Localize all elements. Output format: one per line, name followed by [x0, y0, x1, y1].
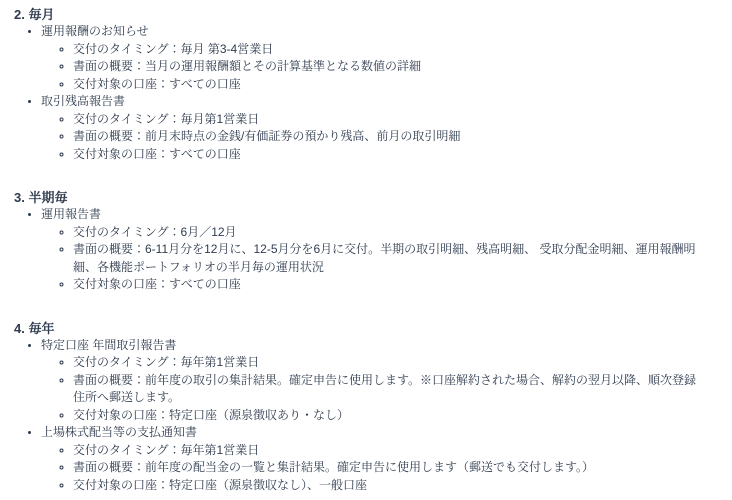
document-body: 2. 毎月 運用報酬のお知らせ 交付のタイミング：毎月 第3-4営業日 書面の概… [14, 7, 706, 494]
document-item: 取引残高報告書 交付のタイミング：毎月第1営業日 書面の概要：前月末時点の金銭/… [41, 93, 706, 163]
document-details: 交付のタイミング：毎月 第3-4営業日 書面の概要：当月の運用報酬額とその計算基… [41, 41, 706, 94]
detail-line: 交付対象の口座：特定口座（源泉徴収なし）、一般口座 [73, 477, 706, 495]
section-heading: 4. 毎年 [14, 321, 706, 337]
section-heading: 2. 毎月 [14, 7, 706, 23]
document-details: 交付のタイミング：毎月第1営業日 書面の概要：前月末時点の金銭/有価証券の預かり… [41, 111, 706, 164]
detail-line: 書面の概要：前年度の配当金の一覧と集計結果。確定申告に使用します（郵送でも交付し… [73, 459, 706, 477]
document-details: 交付のタイミング：毎年第1営業日 書面の概要：前年度の配当金の一覧と集計結果。確… [41, 442, 706, 495]
detail-line: 書面の概要：6-11月分を12月に、12-5月分を6月に交付。半期の取引明細、残… [73, 241, 706, 276]
document-title: 運用報告書 [41, 207, 101, 221]
detail-line: 書面の概要：前月末時点の金銭/有価証券の預かり残高、前月の取引明細 [73, 128, 706, 146]
section-heading: 3. 半期毎 [14, 190, 706, 206]
detail-line: 交付対象の口座：すべての口座 [73, 276, 706, 294]
document-details: 交付のタイミング：毎年第1営業日 書面の概要：前年度の取引の集計結果。確定申告に… [41, 354, 706, 424]
document-title: 上場株式配当等の支払通知書 [41, 425, 197, 439]
document-list: 運用報告書 交付のタイミング：6月／12月 書面の概要：6-11月分を12月に、… [14, 206, 706, 294]
detail-line: 交付のタイミング：毎月第1営業日 [73, 111, 706, 129]
detail-line: 交付のタイミング：6月／12月 [73, 224, 706, 242]
detail-line: 書面の概要：前年度の取引の集計結果。確定申告に使用します。※口座解約された場合、… [73, 372, 706, 407]
document-item: 上場株式配当等の支払通知書 交付のタイミング：毎年第1営業日 書面の概要：前年度… [41, 424, 706, 494]
detail-line: 交付のタイミング：毎年第1営業日 [73, 442, 706, 460]
document-title: 運用報酬のお知らせ [41, 24, 149, 38]
document-section: 3. 半期毎 運用報告書 交付のタイミング：6月／12月 書面の概要：6-11月… [14, 190, 706, 294]
document-item: 運用報酬のお知らせ 交付のタイミング：毎月 第3-4営業日 書面の概要：当月の運… [41, 23, 706, 93]
detail-line: 交付対象の口座：特定口座（源泉徴収あり・なし） [73, 407, 706, 425]
document-item: 運用報告書 交付のタイミング：6月／12月 書面の概要：6-11月分を12月に、… [41, 206, 706, 294]
detail-line: 交付のタイミング：毎年第1営業日 [73, 354, 706, 372]
detail-line: 交付対象の口座：すべての口座 [73, 76, 706, 94]
detail-line: 交付のタイミング：毎月 第3-4営業日 [73, 41, 706, 59]
document-section: 2. 毎月 運用報酬のお知らせ 交付のタイミング：毎月 第3-4営業日 書面の概… [14, 7, 706, 163]
document-title: 特定口座 年間取引報告書 [41, 338, 176, 352]
detail-line: 交付対象の口座：すべての口座 [73, 146, 706, 164]
document-list: 特定口座 年間取引報告書 交付のタイミング：毎年第1営業日 書面の概要：前年度の… [14, 337, 706, 495]
faq-document-page: { "page": { "background_color": "#ffffff… [0, 0, 732, 500]
document-list: 運用報酬のお知らせ 交付のタイミング：毎月 第3-4営業日 書面の概要：当月の運… [14, 23, 706, 163]
document-section: 4. 毎年 特定口座 年間取引報告書 交付のタイミング：毎年第1営業日 書面の概… [14, 321, 706, 495]
document-details: 交付のタイミング：6月／12月 書面の概要：6-11月分を12月に、12-5月分… [41, 224, 706, 294]
document-item: 特定口座 年間取引報告書 交付のタイミング：毎年第1営業日 書面の概要：前年度の… [41, 337, 706, 425]
document-title: 取引残高報告書 [41, 94, 125, 108]
detail-line: 書面の概要：当月の運用報酬額とその計算基準となる数値の詳細 [73, 58, 706, 76]
